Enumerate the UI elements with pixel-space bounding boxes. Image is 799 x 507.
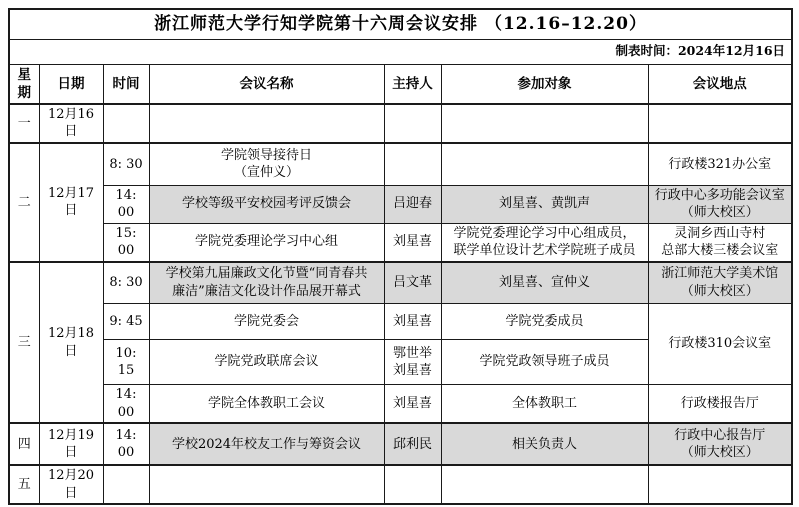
table-row: 14: 00 学院全体教职工会议 刘星喜 全体教职工 行政楼报告厅	[9, 385, 792, 424]
table-row: 一 12月16日	[9, 104, 792, 143]
cell-location: 行政中心报告厅 （师大校区）	[648, 423, 792, 465]
cell-week: 二	[9, 143, 39, 262]
cell-participants	[441, 104, 648, 143]
cell-date: 12月20日	[39, 465, 103, 504]
cell-host: 邱利民	[384, 423, 441, 465]
cell-time: 14: 00	[103, 423, 149, 465]
cell-host: 吕迎春	[384, 185, 441, 223]
cell-meeting-name: 学院党委会	[149, 304, 384, 340]
col-header-time: 时间	[103, 64, 149, 104]
col-header-week: 星期	[9, 64, 39, 104]
cell-meeting-name: 学校2024年校友工作与筹资会议	[149, 423, 384, 465]
cell-week: 三	[9, 262, 39, 424]
cell-time	[103, 104, 149, 143]
document-page: 浙江师范大学行知学院第十六周会议安排 （12.16–12.20） 制表时间：20…	[0, 0, 799, 507]
cell-participants	[441, 465, 648, 504]
table-row: 四 12月19日 14: 00 学校2024年校友工作与筹资会议 邱利民 相关负…	[9, 423, 792, 465]
cell-location: 行政中心多功能会议室 （师大校区）	[648, 185, 792, 223]
cell-date: 12月19日	[39, 423, 103, 465]
col-header-date: 日期	[39, 64, 103, 104]
cell-location	[648, 465, 792, 504]
meeting-schedule-table: 浙江师范大学行知学院第十六周会议安排 （12.16–12.20） 制表时间：20…	[8, 8, 793, 505]
table-row: 五 12月20日	[9, 465, 792, 504]
cell-host	[384, 143, 441, 185]
tabletime-label: 制表时间：2024年12月16日	[9, 39, 792, 64]
cell-time: 8: 30	[103, 262, 149, 304]
cell-participants: 全体教职工	[441, 385, 648, 424]
cell-meeting-name: 学院党委理论学习中心组	[149, 223, 384, 262]
cell-participants	[441, 143, 648, 185]
cell-host: 刘星喜	[384, 223, 441, 262]
cell-participants: 学院党政领导班子成员	[441, 340, 648, 385]
cell-time: 14: 00	[103, 385, 149, 424]
table-row: 15: 00 学院党委理论学习中心组 刘星喜 学院党委理论学习中心组成员， 联学…	[9, 223, 792, 262]
cell-meeting-name	[149, 104, 384, 143]
cell-time: 14: 00	[103, 185, 149, 223]
cell-date: 12月17日	[39, 143, 103, 262]
cell-location: 行政楼报告厅	[648, 385, 792, 424]
cell-participants: 刘星喜、黄凯声	[441, 185, 648, 223]
table-row: 14: 00 学校等级平安校园考评反馈会 吕迎春 刘星喜、黄凯声 行政中心多功能…	[9, 185, 792, 223]
cell-week: 五	[9, 465, 39, 504]
cell-meeting-name: 学校等级平安校园考评反馈会	[149, 185, 384, 223]
cell-meeting-name: 学院全体教职工会议	[149, 385, 384, 424]
cell-time: 9: 45	[103, 304, 149, 340]
cell-host: 吕文革	[384, 262, 441, 304]
cell-host: 刘星喜	[384, 385, 441, 424]
cell-location: 行政楼321办公室	[648, 143, 792, 185]
cell-week: 四	[9, 423, 39, 465]
cell-participants: 学院党委理论学习中心组成员， 联学单位设计艺术学院班子成员	[441, 223, 648, 262]
cell-meeting-name: 学校第九届廉政文化节暨“同青春共 廉洁”廉洁文化设计作品展开幕式	[149, 262, 384, 304]
cell-location: 浙江师范大学美术馆 （师大校区）	[648, 262, 792, 304]
cell-host: 鄂世举 刘星喜	[384, 340, 441, 385]
col-header-meeting-name: 会议名称	[149, 64, 384, 104]
cell-host: 刘星喜	[384, 304, 441, 340]
cell-meeting-name	[149, 465, 384, 504]
cell-participants: 刘星喜、宣仲义	[441, 262, 648, 304]
col-header-location: 会议地点	[648, 64, 792, 104]
col-header-participants: 参加对象	[441, 64, 648, 104]
cell-time: 8: 30	[103, 143, 149, 185]
cell-week: 一	[9, 104, 39, 143]
cell-host	[384, 465, 441, 504]
cell-participants: 相关负责人	[441, 423, 648, 465]
cell-location: 灵洞乡西山寺村 总部大楼三楼会议室	[648, 223, 792, 262]
cell-date: 12月16日	[39, 104, 103, 143]
cell-time: 10: 15	[103, 340, 149, 385]
cell-time: 15: 00	[103, 223, 149, 262]
cell-location: 行政楼310会议室	[648, 304, 792, 385]
cell-location	[648, 104, 792, 143]
cell-meeting-name: 学院党政联席会议	[149, 340, 384, 385]
cell-meeting-name: 学院领导接待日 （宣仲义）	[149, 143, 384, 185]
cell-host	[384, 104, 441, 143]
table-row: 二 12月17日 8: 30 学院领导接待日 （宣仲义） 行政楼321办公室	[9, 143, 792, 185]
col-header-host: 主持人	[384, 64, 441, 104]
table-row: 三 12月18日 8: 30 学校第九届廉政文化节暨“同青春共 廉洁”廉洁文化设…	[9, 262, 792, 304]
page-title: 浙江师范大学行知学院第十六周会议安排 （12.16–12.20）	[9, 9, 792, 39]
cell-date: 12月18日	[39, 262, 103, 424]
table-row: 9: 45 学院党委会 刘星喜 学院党委成员 行政楼310会议室	[9, 304, 792, 340]
cell-participants: 学院党委成员	[441, 304, 648, 340]
cell-time	[103, 465, 149, 504]
